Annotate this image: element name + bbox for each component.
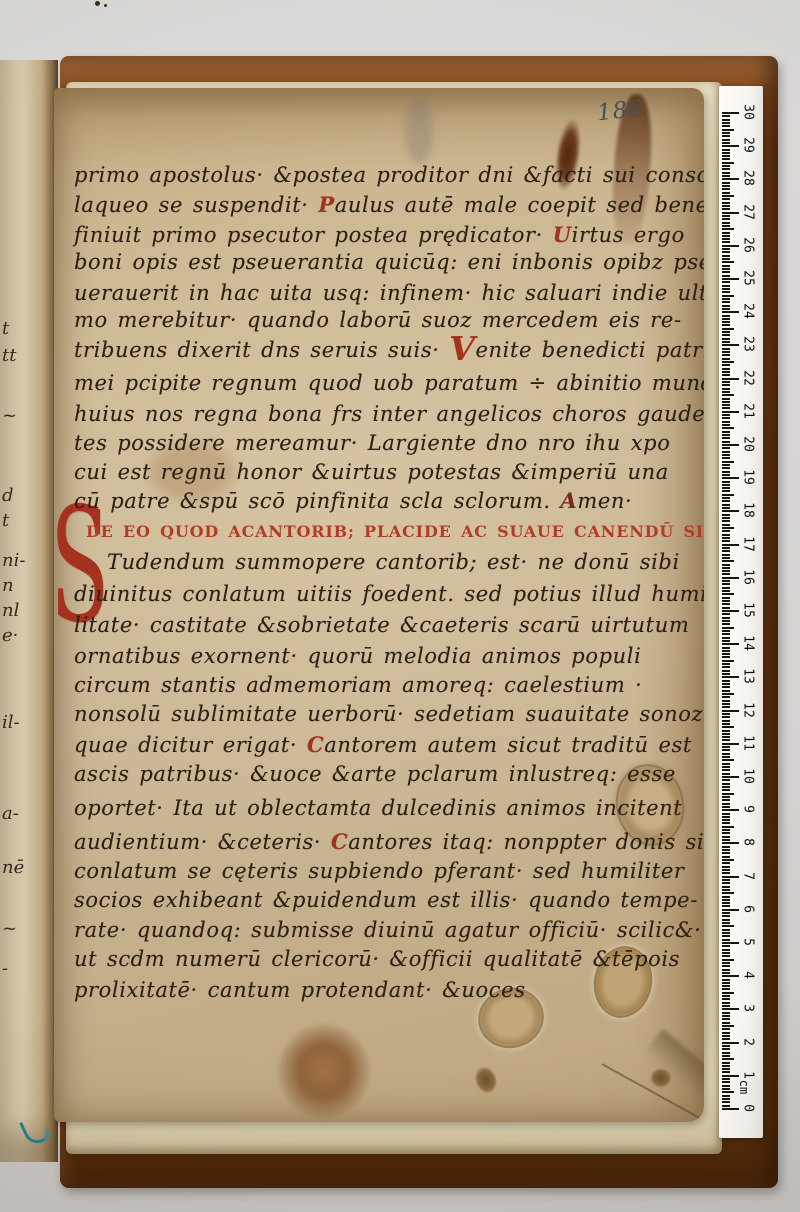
ink-text: Tudendum summopere cantorib; est· ne don…	[107, 550, 680, 574]
ruler-tick	[722, 285, 730, 287]
ink-text: litate· castitate &sobrietate &caeteris …	[74, 613, 689, 637]
ruler-tick	[722, 451, 730, 453]
ink-text: primo apostolus· &postea proditor dni &f…	[74, 163, 704, 187]
ruler-tick	[722, 1018, 730, 1020]
ruler-tick	[722, 912, 730, 914]
ruler-tick	[722, 168, 730, 170]
ruler-number: 16	[741, 569, 756, 585]
ruler-tick	[722, 813, 730, 815]
ruler-number: 30	[741, 104, 756, 120]
ruler-tick	[722, 896, 730, 898]
ink-text: aulus autē male coepit sed bene	[335, 193, 704, 217]
ruler-tick	[722, 690, 730, 692]
ruler-number: 9	[741, 805, 756, 813]
ruler-tick	[722, 182, 730, 184]
ruler-tick	[722, 481, 730, 483]
ruler-tick	[722, 122, 730, 124]
ruler-tick	[722, 693, 734, 695]
ruler-tick	[722, 969, 730, 971]
ink-text: mei pcipite regnum quod uob paratum ÷ ab…	[74, 371, 704, 395]
ruler-tick	[722, 723, 730, 725]
ruler-tick	[722, 819, 730, 821]
manuscript-line: prolixitatē· cantum protendant· &uoces	[74, 978, 526, 1002]
ruler-tick	[722, 1101, 730, 1103]
ruler-tick	[722, 524, 730, 526]
ruler-tick	[722, 188, 730, 190]
edge-text-fragment: ni-	[2, 550, 25, 571]
ruler-tick	[722, 743, 739, 745]
ruler-tick	[722, 1095, 730, 1097]
ruler-tick	[722, 504, 730, 506]
ruler-tick	[722, 666, 730, 668]
ruler-tick	[722, 656, 730, 658]
manuscript-line: circum stantis admemoriam amoreq: caeles…	[74, 673, 642, 697]
ruler-number: 15	[741, 602, 756, 618]
ruler-tick	[722, 394, 734, 396]
ruler-tick	[722, 633, 730, 635]
ruler-tick	[722, 1048, 730, 1050]
ruler-tick	[722, 198, 730, 200]
manuscript-line: quae dicitur erigat· Cantorem autem sicu…	[74, 732, 692, 757]
ink-text: uerauerit in hac uita usq: infinem· hic …	[74, 281, 704, 305]
ruler-tick	[722, 597, 730, 599]
ruler-tick	[722, 441, 730, 443]
ruler-tick	[722, 251, 730, 253]
ruler-tick	[722, 1025, 734, 1027]
ruler-tick	[722, 1075, 739, 1077]
edge-text-fragment: ~	[2, 405, 17, 426]
ruler-unit-label: cm	[737, 1080, 751, 1094]
manuscript-line: primo apostolus· &postea proditor dni &f…	[74, 163, 704, 187]
rubric-heading: DE EO QUOD ACANTORIB; PLACIDE AC SUAUE C…	[86, 522, 704, 541]
red-initial: C	[331, 829, 348, 854]
ruler-tick	[722, 1071, 730, 1073]
ink-text: tribuens dixerit dns seruis suis·	[74, 338, 449, 362]
manuscript-line: finiuit primo psecutor postea prędicator…	[74, 222, 685, 247]
ruler-tick	[722, 720, 730, 722]
ruler-tick	[722, 862, 730, 864]
ruler-tick	[722, 368, 730, 370]
ruler-tick	[722, 982, 730, 984]
ruler-tick	[722, 474, 730, 476]
ruler-tick	[722, 517, 730, 519]
ruler-tick	[722, 919, 730, 921]
ruler-tick	[722, 1105, 730, 1107]
ruler-tick	[722, 706, 730, 708]
ink-text: rate· quandoq: submisse diuinū agatur of…	[74, 918, 701, 942]
ruler-tick	[722, 305, 730, 307]
ruler-tick	[722, 915, 730, 917]
ruler-number: 18	[741, 503, 756, 519]
ruler-tick	[722, 620, 730, 622]
ruler-tick	[722, 713, 730, 715]
ruler-number: 22	[741, 370, 756, 386]
manuscript-line: cui est regnū honor &uirtus potestas &im…	[74, 460, 669, 484]
ruler-tick	[722, 1008, 739, 1010]
ruler-tick	[722, 600, 730, 602]
ink-text: circum stantis admemoriam amoreq: caeles…	[74, 673, 642, 697]
ruler-tick	[722, 328, 734, 330]
ruler-tick	[722, 1042, 739, 1044]
ruler-tick	[722, 965, 730, 967]
ruler-tick	[722, 258, 730, 260]
ruler-tick	[722, 783, 730, 785]
ruler-tick	[722, 1022, 730, 1024]
ruler-tick	[722, 145, 739, 147]
manuscript-line: huius nos regna bona frs inter angelicos…	[74, 402, 704, 426]
ruler-tick	[722, 238, 730, 240]
ruler-tick	[722, 892, 734, 894]
ruler-tick	[722, 427, 734, 429]
smudge-stain	[405, 98, 433, 164]
manuscript-line: cū patre &spū scō pinfinita scla sclorum…	[74, 488, 632, 513]
edge-text-fragment: a-	[2, 803, 19, 824]
ruler-tick	[722, 520, 730, 522]
ruler-number: 5	[741, 938, 756, 946]
ruler-tick	[722, 467, 730, 469]
ruler-tick	[722, 899, 730, 901]
ruler-tick	[722, 454, 730, 456]
ink-text: tes possidere mereamur· Largiente dno nr…	[74, 431, 670, 455]
ink-text: prolixitatē· cantum protendant· &uoces	[74, 978, 526, 1002]
manuscript-line: Tudendum summopere cantorib; est· ne don…	[107, 550, 680, 574]
ruler-tick	[722, 437, 730, 439]
edge-text-fragment: -	[2, 958, 8, 979]
ruler-tick	[722, 587, 730, 589]
ruler-tick	[722, 371, 730, 373]
ruler-tick	[722, 733, 730, 735]
ruler-tick	[722, 842, 739, 844]
ruler-tick	[722, 421, 730, 423]
ruler-number: 27	[741, 204, 756, 220]
ruler-tick	[722, 411, 739, 413]
ruler-tick	[722, 829, 730, 831]
ink-text: conlatum se cęteris supbiendo pferant· s…	[74, 859, 685, 883]
ruler-tick	[722, 534, 730, 536]
ruler-tick	[722, 461, 734, 463]
ruler-tick	[722, 434, 730, 436]
edge-text-fragment: nē	[2, 857, 24, 878]
ruler-tick	[722, 321, 730, 323]
ruler-tick	[722, 703, 730, 705]
ruler-tick	[722, 344, 739, 346]
ink-text: oportet· Ita ut oblectamta dulcedinis an…	[74, 796, 682, 820]
ruler-tick	[722, 554, 730, 556]
ruler-tick	[722, 175, 730, 177]
ruler-tick	[722, 139, 730, 141]
ruler-tick	[722, 886, 730, 888]
ruler-tick	[722, 381, 730, 383]
ruler-number: 21	[741, 403, 756, 419]
ruler-tick	[722, 295, 734, 297]
ruler-tick	[722, 985, 730, 987]
ruler-tick	[722, 988, 730, 990]
ruler-tick	[722, 869, 730, 871]
ruler-tick	[722, 540, 730, 542]
ruler-tick	[722, 803, 730, 805]
ruler-tick	[722, 859, 734, 861]
ruler-tick	[722, 401, 730, 403]
ruler-tick	[722, 603, 730, 605]
ruler-tick	[722, 939, 730, 941]
ruler-tick	[722, 129, 734, 131]
ruler-tick	[722, 268, 730, 270]
ruler-number: 20	[741, 436, 756, 452]
ruler-tick	[722, 879, 730, 881]
ink-text: ut scdm numerū clericorū· &officii quali…	[74, 947, 680, 971]
ruler-tick	[722, 514, 730, 516]
red-initial: P	[318, 192, 334, 217]
ruler-tick	[722, 374, 730, 376]
ruler-tick	[722, 832, 730, 834]
ink-text: ornatibus exornent· quorū melodia animos…	[74, 644, 641, 668]
ruler-tick	[722, 640, 730, 642]
ruler-tick	[722, 902, 730, 904]
ink-text: ascis patribus· &uoce &arte pclarum inlu…	[74, 762, 676, 786]
ruler-tick	[722, 889, 730, 891]
ruler-tick	[722, 537, 730, 539]
ruler-tick	[722, 1065, 730, 1067]
facing-page-edge: ttt~dtni-nnle·il-a-nē~-	[0, 60, 58, 1162]
ruler-tick	[722, 407, 730, 409]
red-initial: V	[449, 329, 475, 368]
ruler-tick	[722, 288, 730, 290]
ruler-tick	[722, 265, 730, 267]
ruler-tick	[722, 567, 730, 569]
ruler-number: 19	[741, 469, 756, 485]
ruler-tick	[722, 388, 730, 390]
ruler-tick	[722, 730, 730, 732]
ink-text: quae dicitur erigat·	[74, 733, 307, 757]
ruler-tick	[722, 1038, 730, 1040]
ruler-tick	[722, 318, 730, 320]
ruler-tick	[722, 590, 730, 592]
ruler-tick	[722, 573, 730, 575]
ruler-tick	[722, 749, 730, 751]
manuscript-line: tes possidere mereamur· Largiente dno nr…	[74, 431, 670, 455]
ruler-tick	[722, 952, 730, 954]
edge-text-fragment: ~	[2, 918, 17, 939]
ruler-tick	[722, 205, 730, 207]
edge-text-fragment: n	[2, 575, 14, 596]
ruler-tick	[722, 806, 730, 808]
ruler-tick	[722, 766, 730, 768]
edge-text-fragment: e·	[2, 625, 18, 646]
ruler-tick	[722, 935, 730, 937]
ruler-tick	[722, 494, 734, 496]
ink-text: irtus ergo	[572, 223, 685, 247]
ruler-tick	[722, 384, 730, 386]
ruler-tick	[722, 753, 730, 755]
manuscript-line: ornatibus exornent· quorū melodia animos…	[74, 644, 641, 668]
ruler-tick	[722, 1088, 730, 1090]
ruler-tick	[722, 275, 730, 277]
ink-text: cui est regnū honor &uirtus potestas &im…	[74, 460, 669, 484]
manuscript-line: oportet· Ita ut oblectamta dulcedinis an…	[74, 796, 682, 820]
ruler-tick	[722, 959, 734, 961]
ink-text: men·	[577, 489, 632, 513]
ruler-tick	[722, 348, 730, 350]
ruler-tick	[722, 228, 734, 230]
ruler-tick	[722, 391, 730, 393]
ink-text: socios exhibeant &puidendum est illis· q…	[74, 888, 698, 912]
ruler-tick	[722, 905, 730, 907]
ruler-tick	[722, 497, 730, 499]
ruler-tick	[722, 972, 730, 974]
ruler: cm 0123456789101112131415161718192021222…	[719, 86, 763, 1138]
ruler-tick	[722, 331, 730, 333]
ruler-tick	[722, 487, 730, 489]
ruler-tick	[722, 245, 739, 247]
ruler-tick	[722, 185, 730, 187]
ink-text: antorem autem sicut traditū est	[324, 733, 692, 757]
ruler-tick	[722, 593, 734, 595]
edge-text-fragment: t	[2, 510, 9, 531]
ruler-tick	[722, 212, 739, 214]
ruler-tick	[722, 1081, 730, 1083]
ruler-number: 25	[741, 270, 756, 286]
ruler-tick	[722, 334, 730, 336]
ruler-tick	[722, 447, 730, 449]
ruler-tick	[722, 510, 739, 512]
water-stain	[278, 1024, 370, 1118]
ruler-tick	[722, 1068, 730, 1070]
ruler-tick	[722, 1078, 730, 1080]
ruler-tick	[722, 909, 739, 911]
ruler-tick	[722, 235, 730, 237]
ruler-tick	[722, 135, 730, 137]
ruler-tick	[722, 351, 730, 353]
ruler-tick	[722, 849, 730, 851]
ruler-tick	[722, 882, 730, 884]
ruler-tick	[722, 922, 730, 924]
ruler-tick	[722, 809, 739, 811]
ruler-number: 24	[741, 303, 756, 319]
ruler-tick	[722, 746, 730, 748]
ruler-tick	[722, 158, 730, 160]
ruler-tick	[722, 165, 730, 167]
ruler-number: 0	[741, 1104, 756, 1112]
ink-text: nonsolū sublimitate uerborū· sedetiam su…	[74, 702, 703, 726]
ruler-tick	[722, 613, 730, 615]
ruler-tick	[722, 846, 730, 848]
ruler-tick	[722, 527, 734, 529]
ruler-tick	[722, 836, 730, 838]
ruler-tick	[722, 1005, 730, 1007]
ruler-tick	[722, 779, 730, 781]
ruler-tick	[722, 208, 730, 210]
manuscript-line: laqueo se suspendit· Paulus autē male co…	[74, 192, 704, 217]
ruler-tick	[722, 132, 730, 134]
ruler-tick	[722, 484, 730, 486]
manuscript-line: boni opis est pseuerantia quicūq: eni in…	[74, 250, 704, 274]
ruler-tick	[722, 241, 730, 243]
ruler-tick	[722, 178, 739, 180]
ruler-tick	[722, 1045, 730, 1047]
ruler-tick	[722, 338, 730, 340]
manuscript-line: audientium· &ceteris· Cantores itaq: non…	[74, 829, 704, 854]
ruler-tick	[722, 955, 730, 957]
ruler-tick	[722, 653, 730, 655]
ruler-tick	[722, 431, 730, 433]
ruler-tick	[722, 577, 739, 579]
ruler-tick	[722, 769, 730, 771]
ruler-tick	[722, 650, 730, 652]
ruler-tick	[722, 975, 739, 977]
ruler-tick	[722, 992, 734, 994]
manuscript-line: rate· quandoq: submisse diuinū agatur of…	[74, 918, 701, 942]
ruler-tick	[722, 477, 739, 479]
ruler-tick	[722, 315, 730, 317]
manuscript-line: ut scdm numerū clericorū· &officii quali…	[74, 947, 680, 971]
ruler-tick	[722, 417, 730, 419]
ruler-tick	[722, 215, 730, 217]
ruler-tick	[722, 358, 730, 360]
ruler-tick	[722, 796, 730, 798]
ruler-tick	[722, 826, 734, 828]
ruler-tick	[722, 627, 734, 629]
ruler-number: 17	[741, 536, 756, 552]
ruler-tick	[722, 261, 734, 263]
ruler-tick	[722, 962, 730, 964]
ink-text: diuinitus conlatum uitiis foedent. sed p…	[74, 582, 704, 606]
ruler-tick	[722, 822, 730, 824]
ink-text: boni opis est pseuerantia quicūq: eni in…	[74, 250, 704, 274]
ruler-tick	[722, 736, 730, 738]
ruler-tick	[722, 1052, 730, 1054]
manuscript-line: conlatum se cęteris supbiendo pferant· s…	[74, 859, 685, 883]
ruler-tick	[722, 195, 734, 197]
ruler-tick	[722, 471, 730, 473]
ruler-tick	[722, 1055, 730, 1057]
ruler-number: 4	[741, 971, 756, 979]
ruler-tick	[722, 700, 730, 702]
manuscript-line: diuinitus conlatum uitiis foedent. sed p…	[74, 582, 704, 606]
ruler-number: 11	[741, 735, 756, 751]
ruler-tick	[722, 414, 730, 416]
ruler-tick	[722, 354, 730, 356]
ruler-tick	[722, 673, 730, 675]
ruler-tick	[722, 298, 730, 300]
sewing-thread	[34, 1127, 50, 1144]
ruler-tick	[722, 670, 730, 672]
ruler-tick	[722, 839, 730, 841]
ruler-tick	[722, 580, 730, 582]
ruler-number: 26	[741, 237, 756, 253]
ruler-tick	[722, 232, 730, 234]
manuscript-line: socios exhibeant &puidendum est illis· q…	[74, 888, 698, 912]
ruler-tick	[722, 856, 730, 858]
ruler-tick	[722, 112, 739, 114]
dust-speck	[104, 4, 107, 7]
red-initial: A	[560, 488, 577, 513]
manuscript-line: tribuens dixerit dns seruis suis· Venite…	[74, 338, 704, 362]
ruler-tick	[722, 464, 730, 466]
ruler-number: 14	[741, 635, 756, 651]
ruler-tick	[722, 550, 730, 552]
parchment-hole	[471, 1063, 501, 1097]
ruler-tick	[722, 308, 730, 310]
edge-text-fragment: d	[2, 485, 14, 506]
ruler-number: 1	[741, 1071, 756, 1079]
ruler-tick	[722, 759, 734, 761]
ruler-tick	[722, 676, 739, 678]
ruler-tick	[722, 1015, 730, 1017]
ruler-tick	[722, 852, 730, 854]
ruler-tick	[722, 404, 730, 406]
ruler-tick	[722, 341, 730, 343]
ruler-tick	[722, 583, 730, 585]
